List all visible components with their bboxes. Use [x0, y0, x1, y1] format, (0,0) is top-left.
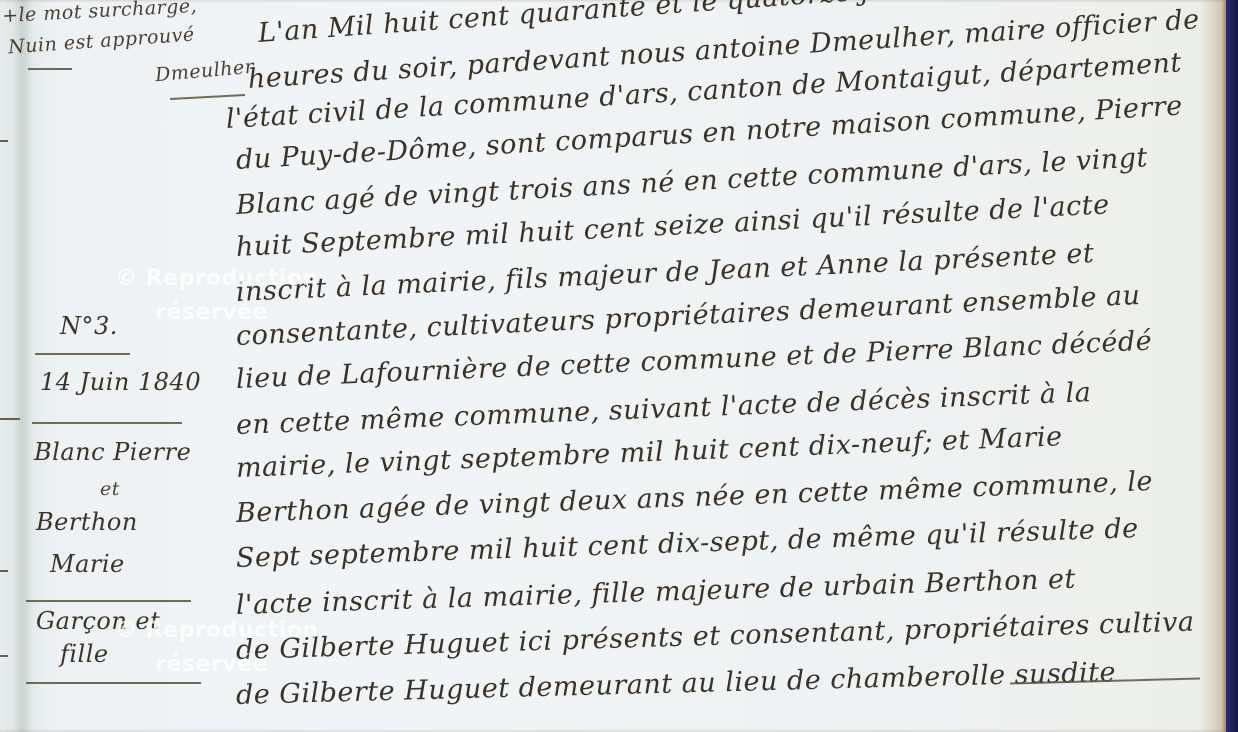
margin-and: et [100, 478, 120, 500]
annotation-signature: Dmeulher [154, 56, 255, 87]
gutter-mark [0, 418, 20, 420]
gutter-mark [0, 140, 8, 142]
annotation-underline [28, 68, 72, 70]
margin-date: 14 Juin 1840 [40, 368, 201, 396]
watermark-reproduction: © Reproduction [115, 618, 319, 643]
margin-name-bride-surname: Berthon [36, 508, 138, 536]
body-line-16: de Gilberte Huguet demeurant au lieu de … [236, 657, 1117, 711]
margin-rule [26, 682, 201, 684]
body-line-14: l'acte inscrit à la mairie, fille majeur… [236, 564, 1077, 621]
watermark-reservee: réservée [155, 652, 268, 677]
margin-status-2: fille [60, 640, 109, 668]
margin-rule [32, 422, 182, 424]
watermark-reservee: réservée [155, 300, 268, 325]
signature-flourish [170, 94, 245, 99]
gutter-mark [0, 655, 8, 657]
register-page: +le mot surcharge, Nuin est approuvé Dme… [0, 0, 1226, 732]
margin-act-number: N°3. [60, 312, 118, 340]
scan-background-edge [1226, 0, 1238, 732]
margin-rule [26, 600, 191, 602]
annotation-approuve: Nuin est approuvé [7, 24, 195, 59]
margin-name-bride-given: Marie [50, 550, 125, 578]
margin-rule [35, 353, 130, 355]
margin-name-groom: Blanc Pierre [34, 438, 191, 466]
gutter-mark [0, 570, 8, 572]
watermark-reproduction: © Reproduction [115, 266, 319, 291]
annotation-surcharge: +le mot surcharge, [2, 0, 198, 27]
